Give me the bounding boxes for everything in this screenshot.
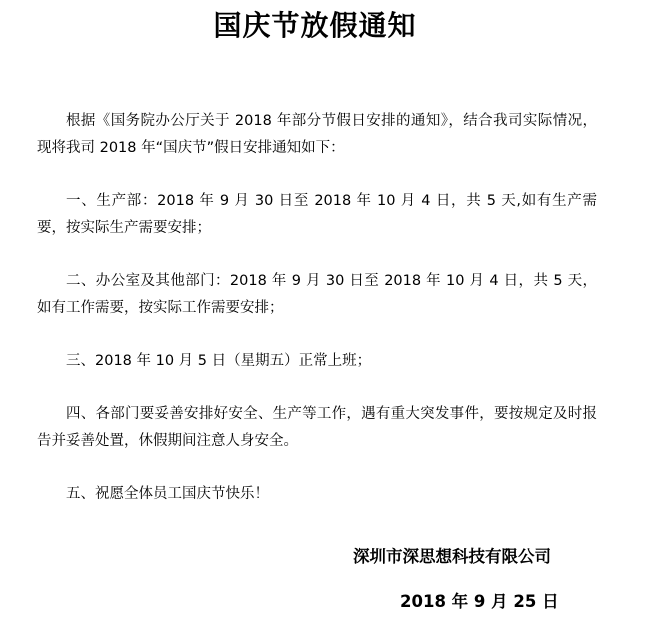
issue-date: 2018 年 9 月 25 日 <box>400 589 559 615</box>
item-production-department: 一、生产部：2018 年 9 月 30 日至 2018 年 10 月 4 日，共… <box>37 188 597 242</box>
company-signature: 深圳市深思想科技有限公司 <box>353 544 551 570</box>
item-office-departments: 二、办公室及其他部门：2018 年 9 月 30 日至 2018 年 10 月 … <box>37 268 597 322</box>
intro-paragraph: 根据《国务院办公厅关于 2018 年部分节假日安排的通知》，结合我司实际情况，现… <box>37 108 597 162</box>
document-body: 根据《国务院办公厅关于 2018 年部分节假日安排的通知》，结合我司实际情况，现… <box>37 108 597 534</box>
item-safety-notice: 四、各部门要妥善安排好安全、生产等工作，遇有重大突发事件，要按规定及时报告并妥善… <box>37 401 597 455</box>
item-return-to-work: 三、2018 年 10 月 5 日（星期五）正常上班； <box>37 348 597 375</box>
item-greeting: 五、祝愿全体员工国庆节快乐！ <box>37 481 597 508</box>
document-title: 国庆节放假通知 <box>0 6 630 46</box>
